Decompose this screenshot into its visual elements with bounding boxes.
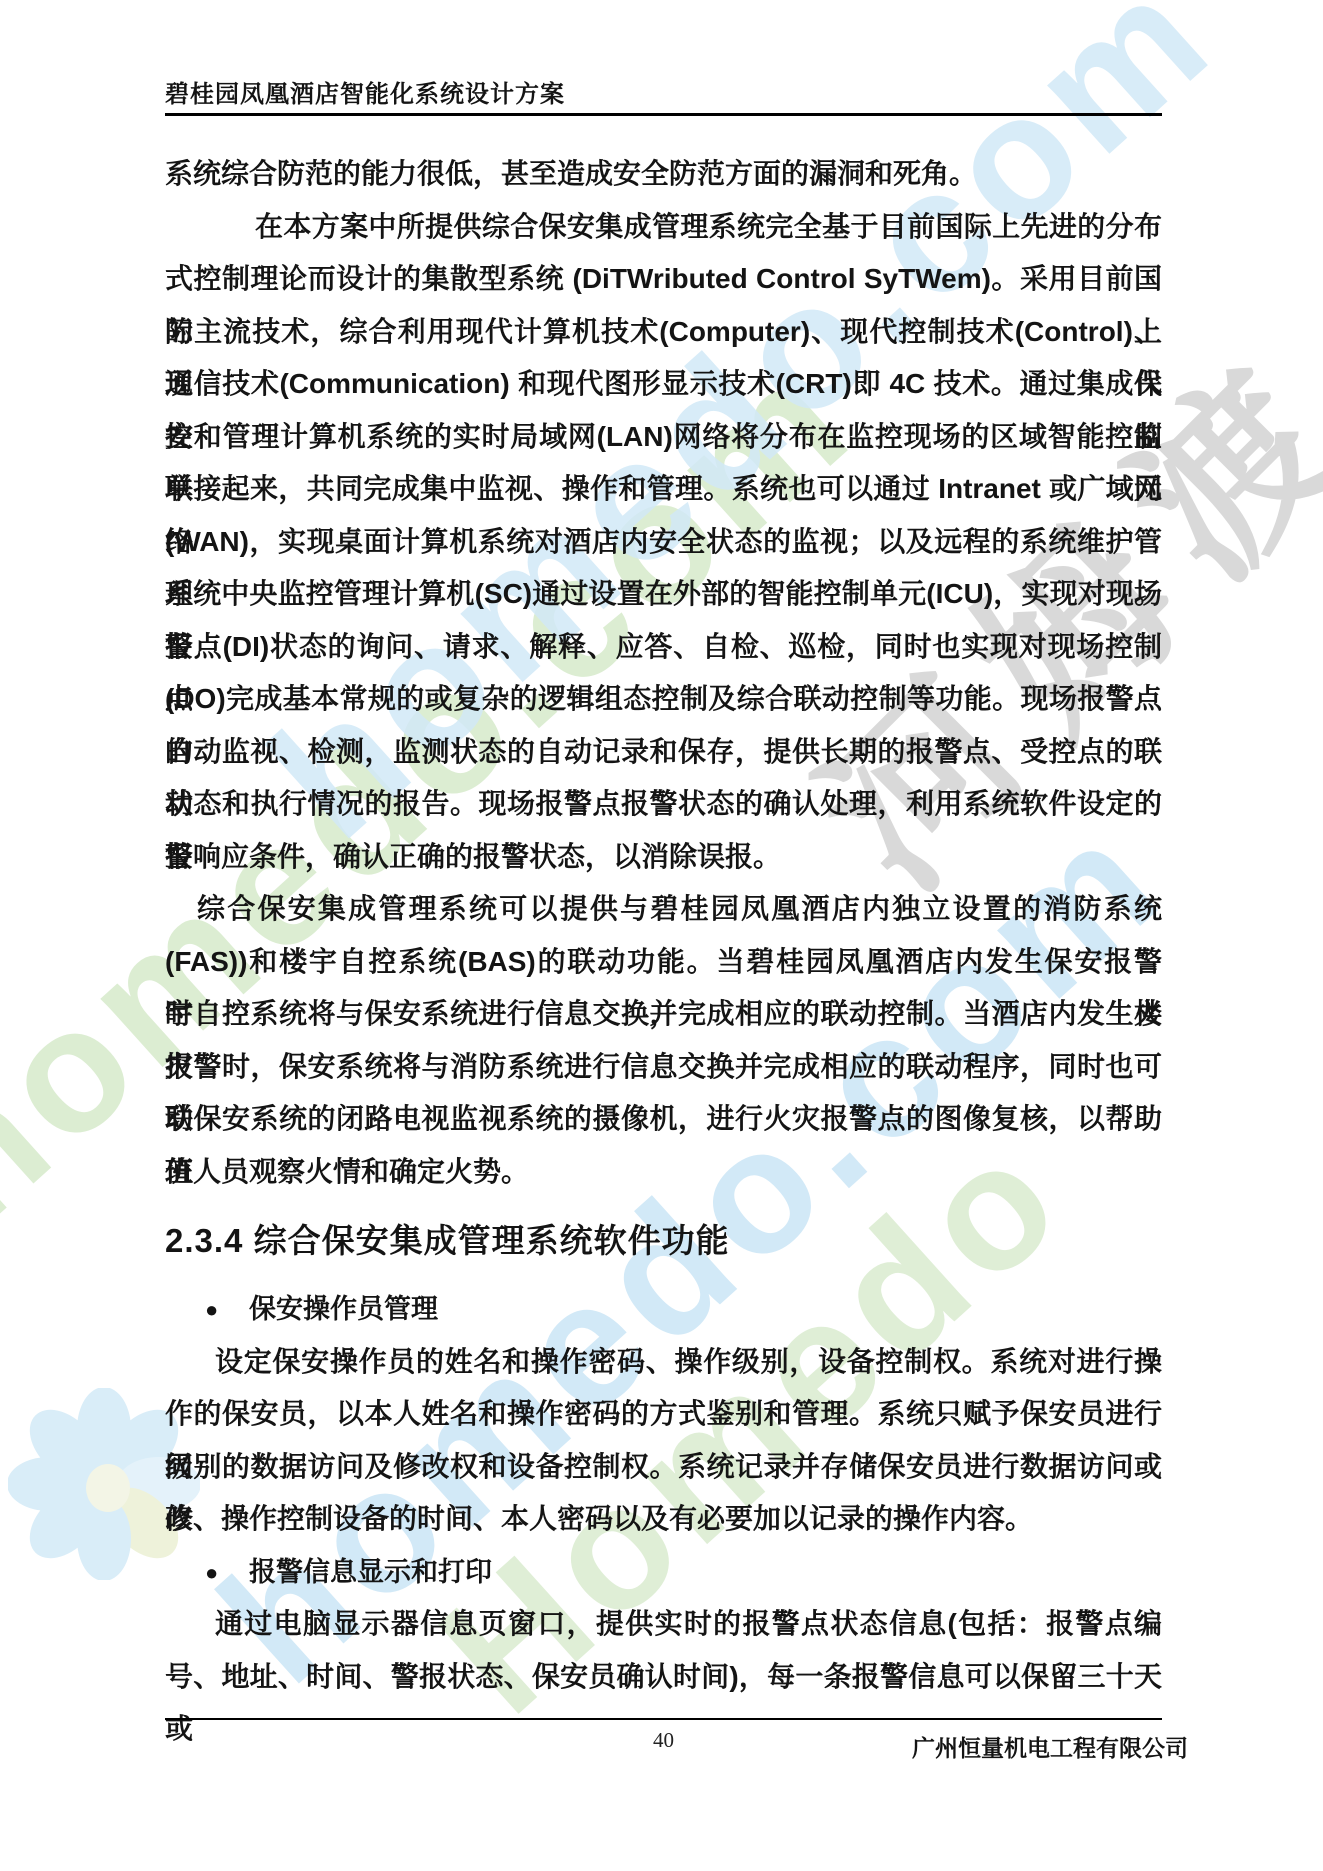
section-heading: 2.3.4 综合保安集成管理系统软件功能 xyxy=(165,1198,1162,1283)
text-line: 在本方案中所提供综合保安集成管理系统完全基于目前国际上先进的分布 xyxy=(165,201,1162,254)
footer-company: 广州恒量机电工程有限公司 xyxy=(912,1730,1188,1763)
bullet-label: 报警信息显示和打印 xyxy=(249,1557,492,1587)
footer-rule xyxy=(165,1718,1162,1720)
text-line: 综合保安集成管理系统可以提供与碧桂园凤凰酒店内独立设置的消防系统 xyxy=(165,883,1162,936)
text-line: 状态和执行情况的报告。现场报警点报警状态的确认处理，利用系统软件设定的报 xyxy=(165,778,1162,831)
text-line: 的主流技术，综合利用现代计算机技术(Computer)、现代控制技术(Contr… xyxy=(165,306,1162,359)
text-line: (FAS))和楼宇自控系统(BAS)的联动功能。当碧桂园凤凰酒店内发生保安报警时… xyxy=(165,936,1162,989)
text-line: 系统中央监控管理计算机(SC)通过设置在外部的智能控制单元(ICU)，实现对现场… xyxy=(165,568,1162,621)
text-line: 改、操作控制设备的时间、本人密码以及有必要加以记录的操作内容。 xyxy=(165,1493,1162,1546)
bullet-item: ●保安操作员管理 xyxy=(165,1283,1162,1336)
text-line: 级别的数据访问及修改权和设备控制权。系统记录并存储保安员进行数据访问或修 xyxy=(165,1441,1162,1494)
text-line: 自动监视、检测，监测状态的自动记录和保存，提供长期的报警点、受控点的联动 xyxy=(165,726,1162,779)
text-line: 号、地址、时间、警报状态、保安员确认时间)，每一条报警信息可以保留三十天或 xyxy=(165,1651,1162,1704)
text-line: (WAN)，实现桌面计算机系统对酒店内安全状态的监视；以及远程的系统维护管理。 xyxy=(165,516,1162,569)
text-line: 宇自控系统将与保安系统进行信息交换并完成相应的联动控制。当酒店内发生火灾 xyxy=(165,988,1162,1041)
bullet-item: ●报警信息显示和打印 xyxy=(165,1546,1162,1599)
bullet-icon: ● xyxy=(205,1547,249,1600)
text-line: 控和管理计算机系统的实时局域网(LAN)网络将分布在监控现场的区域智能控制单元 xyxy=(165,411,1162,464)
text-line: 联接起来，共同完成集中监视、操作和管理。系统也可以通过 Intranet 或广域… xyxy=(165,463,1162,516)
text-line: 通信技术(Communication) 和现代图形显示技术(CRT)即 4C 技… xyxy=(165,358,1162,411)
document-body: 系统综合防范的能力很低，甚至造成安全防范方面的漏洞和死角。在本方案中所提供综合保… xyxy=(165,148,1162,1703)
text-line: 警响应条件，确认正确的报警状态，以消除误报。 xyxy=(165,831,1162,884)
text-line: 报警时，保安系统将与消防系统进行信息交换并完成相应的联动程序，同时也可联 xyxy=(165,1041,1162,1094)
text-line: (DO)完成基本常规的或复杂的逻辑组态控制及综合联动控制等功能。现场报警点的 xyxy=(165,673,1162,726)
content-layer: 碧桂园凤凰酒店智能化系统设计方案 系统综合防范的能力很低，甚至造成安全防范方面的… xyxy=(0,0,1323,1871)
header-rule xyxy=(165,113,1162,116)
text-line: 动保安系统的闭路电视监视系统的摄像机，进行火灾报警点的图像复核，以帮助值 xyxy=(165,1093,1162,1146)
text-line: 设定保安操作员的姓名和操作密码、操作级别，设备控制权。系统对进行操 xyxy=(165,1336,1162,1389)
page-header-title: 碧桂园凤凰酒店智能化系统设计方案 xyxy=(165,74,565,109)
text-line: 系统综合防范的能力很低，甚至造成安全防范方面的漏洞和死角。 xyxy=(165,148,1162,201)
text-line: 通过电脑显示器信息页窗口，提供实时的报警点状态信息(包括：报警点编 xyxy=(165,1598,1162,1651)
bullet-icon: ● xyxy=(205,1284,249,1337)
document-page: homedo.com homedo.com homedo.com Homedo … xyxy=(0,0,1323,1871)
text-line: 班人员观察火情和确定火势。 xyxy=(165,1146,1162,1199)
text-line: 式控制理论而设计的集散型系统 (DiTWributed Control SyTW… xyxy=(165,253,1162,306)
bullet-label: 保安操作员管理 xyxy=(249,1294,438,1324)
text-line: 警点(DI)状态的询问、请求、解释、应答、自检、巡检，同时也实现对现场控制点 xyxy=(165,621,1162,674)
text-line: 作的保安员，以本人姓名和操作密码的方式鉴别和管理。系统只赋予保安员进行同 xyxy=(165,1388,1162,1441)
